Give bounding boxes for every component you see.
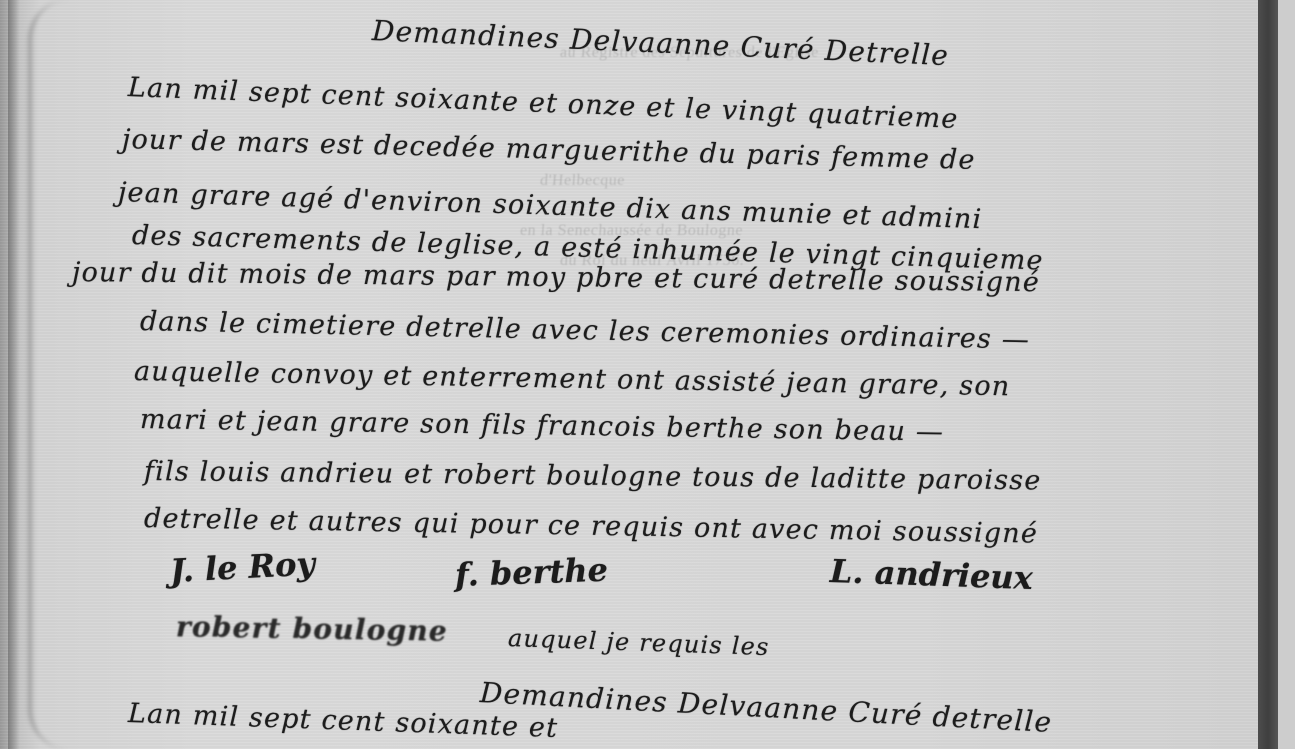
annotation-text: auquel je requis les bbox=[508, 624, 771, 661]
body-line: Lan mil sept cent soixante et onze et le… bbox=[127, 72, 959, 135]
binding-bar bbox=[1258, 0, 1278, 749]
signature-boulogne: robert boulogne bbox=[176, 610, 448, 648]
body-line: jour de mars est decedée marguerithe du … bbox=[122, 124, 976, 176]
body-line: fils louis andrieu et robert boulogne to… bbox=[144, 456, 1042, 496]
scanned-register-page: au Registre des Sepultures de l'Eglise d… bbox=[0, 0, 1295, 749]
body-line: detrelle et autres qui pour ce requis on… bbox=[144, 503, 1039, 550]
signature-andrieux: L. andrieux bbox=[829, 552, 1033, 597]
entry-heading: Demandines Delvaanne Curé Detrelle bbox=[371, 14, 949, 72]
bleed-through-text: d'Helbecque bbox=[539, 172, 625, 190]
body-line: dans le cimetiere detrelle avec les cere… bbox=[140, 306, 1031, 356]
signature-berthe: f. berthe bbox=[454, 551, 608, 594]
body-line: mari et jean grare son fils francois ber… bbox=[140, 404, 945, 448]
signature-le-roy: J. le Roy bbox=[169, 544, 316, 590]
adjacent-page-edge bbox=[1278, 0, 1295, 749]
page-left-curl bbox=[28, 0, 72, 749]
body-line: auquelle convoy et enterrement ont assis… bbox=[134, 356, 1011, 402]
page-left-shadow bbox=[8, 0, 20, 749]
closing-signature: Demandines Delvaanne Curé detrelle bbox=[479, 676, 1053, 739]
